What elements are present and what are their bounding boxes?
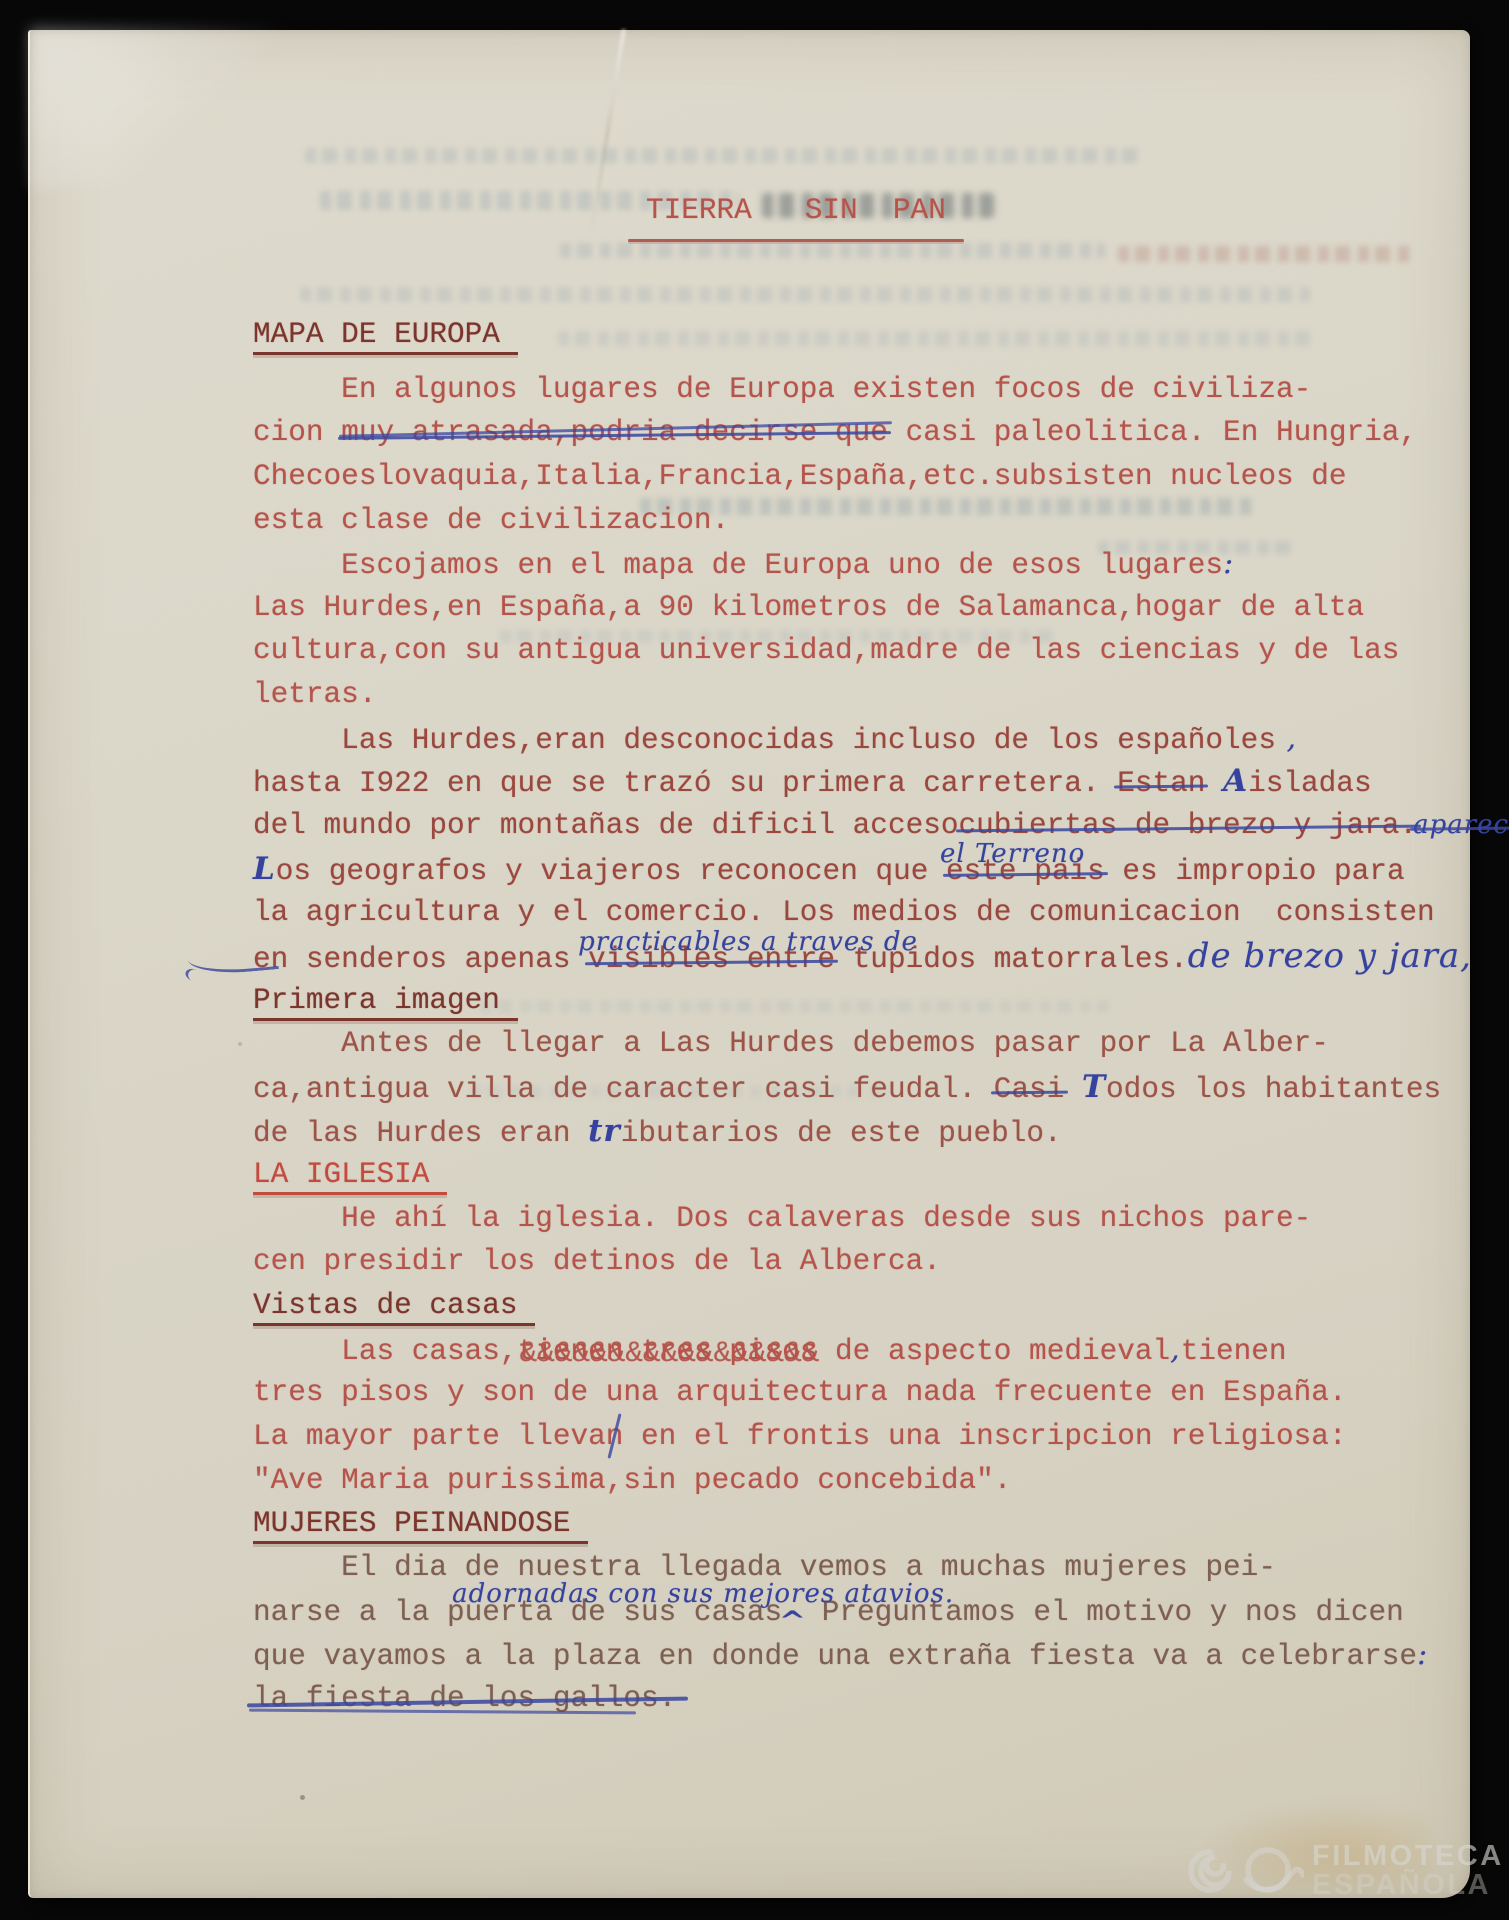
typescript-line: Antes de llegar a Las Hurdes debemos pas… — [253, 1022, 1509, 1066]
annotated-segment: ^adornadas con sus mejores atavios. — [782, 1590, 804, 1635]
typed-text: de aspecto medieval — [817, 1335, 1170, 1368]
typed-text — [1205, 767, 1223, 800]
section-heading: MAPA DE EUROPA — [253, 318, 518, 355]
watermark-line2: ESPAÑOLA — [1312, 1871, 1504, 1900]
typescript-flow: MAPA DE EUROPA En algunos lugares de Eur… — [253, 313, 1509, 1721]
typed-text: es impropio para — [1105, 855, 1405, 888]
typescript-line: He ahí la iglesia. Dos calaveras desde s… — [253, 1197, 1509, 1241]
typed-text: casi paleolitica. En Hungria, — [888, 416, 1417, 449]
typed-text: Escojamos en el mapa de Europa uno de es… — [253, 549, 1223, 582]
typed-text — [1064, 1073, 1082, 1106]
annotated-segment: este paisel Terreno — [946, 850, 1105, 894]
typescript-line: cultura,con su antigua universidad,madre… — [253, 629, 1509, 673]
typed-text: ca,antigua villa de caracter casi feudal… — [253, 1073, 994, 1106]
typed-text-st: Casi — [994, 1073, 1065, 1106]
handwritten-annotation: de brezo y jara, — [1188, 936, 1472, 976]
typed-text: del mundo por montañas de dificil acceso — [253, 809, 959, 842]
typed-text: En algunos lugares de Europa existen foc… — [253, 373, 1311, 406]
typescript-line: la fiesta de los gallos. — [253, 1677, 1509, 1721]
handwritten-annotation: , — [1276, 721, 1297, 756]
typed-text: He ahí la iglesia. Dos calaveras desde s… — [253, 1202, 1311, 1235]
typescript-line: esta clase de civilizacion. — [253, 499, 1509, 543]
paper-speck — [238, 1042, 242, 1046]
typed-text: hasta I922 en que se trazó su primera ca… — [253, 767, 1117, 800]
typescript-line: que vayamos a la plaza en donde una extr… — [253, 1633, 1509, 1677]
typed-text: letras. — [253, 678, 376, 711]
ghost-bleedthrough — [300, 287, 1310, 302]
typescript-line: ca,antigua villa de caracter casi feudal… — [253, 1066, 1509, 1110]
handwritten-annotation: A — [1223, 763, 1248, 799]
document-title: TIERRA SIN PAN — [646, 196, 946, 225]
typescript-line: del mundo por montañas de dificil acceso… — [253, 804, 1509, 848]
scanned-typescript-page: { "typescript": { "title": "TIERRA SIN P… — [0, 0, 1509, 1920]
typescript-line: Los geografos y viajeros reconocen que e… — [253, 848, 1509, 892]
typescript-heading-line: Vistas de casas — [253, 1284, 1509, 1328]
handwritten-annotation: T — [1082, 1069, 1106, 1105]
typed-text: Las Hurdes,eran desconocidas incluso de … — [253, 724, 1276, 757]
typescript-heading-line: Primera imagen — [253, 979, 1509, 1023]
typescript-line: letras. — [253, 673, 1509, 717]
typed-text: tienen — [1181, 1335, 1287, 1368]
typescript-line: cion muy atrasada,podria decirse que cas… — [253, 411, 1509, 455]
typed-text: odos los habitantes — [1106, 1073, 1441, 1106]
typed-text: que vayamos a la plaza en donde una extr… — [253, 1640, 1417, 1673]
ghost-bleedthrough — [305, 148, 1140, 163]
typed-text: os geografos y viajeros reconocen que — [276, 855, 946, 888]
section-heading: Primera imagen — [253, 984, 518, 1021]
typescript-line: en senderos apenas visibles entrepractic… — [253, 935, 1509, 979]
typed-text: Las Hurdes,en España,a 90 kilometros de … — [253, 591, 1364, 624]
typescript-line: hasta I922 en que se trazó su primera ca… — [253, 760, 1509, 804]
typed-text: en senderos apenas — [253, 943, 588, 976]
typescript-line: La mayor parte llevan en el frontis una … — [253, 1415, 1509, 1459]
typed-text: de las Hurdes eran — [253, 1117, 588, 1150]
typed-text-slash: n — [606, 1420, 624, 1453]
typed-text: en el frontis una inscripcion religiosa: — [623, 1420, 1346, 1453]
typescript-line: En algunos lugares de Europa existen foc… — [253, 368, 1509, 412]
typed-text: cion — [253, 416, 341, 449]
handwritten-insertion: el Terreno — [940, 841, 1085, 867]
typescript-line: Las casas,tienen tres pisos de aspecto m… — [253, 1328, 1509, 1372]
typescript-line: Escojamos en el mapa de Europa uno de es… — [253, 542, 1509, 586]
typed-text: cultura,con su antigua universidad,madre… — [253, 634, 1399, 667]
typescript-line: tres pisos y son de una arquitectura nad… — [253, 1371, 1509, 1415]
section-heading: MUJERES PEINANDOSE — [253, 1507, 588, 1544]
handwritten-annotation: , — [1170, 1332, 1181, 1367]
typescript-line: "Ave Maria purissima,sin pecado concebid… — [253, 1459, 1509, 1503]
typed-text-over: tienen tres pisos — [518, 1330, 818, 1374]
typescript-line: de las Hurdes eran tributarios de este p… — [253, 1110, 1509, 1154]
annotated-segment: visibles entrepracticables a traves de — [588, 938, 835, 982]
typed-text: La mayor parte lleva — [253, 1420, 606, 1453]
typed-text: esta clase de civilizacion. — [253, 504, 729, 537]
typescript-heading-line: MAPA DE EUROPA — [253, 313, 1509, 368]
filmoteca-spiral-logo — [1182, 1840, 1304, 1902]
typed-text-st: cubiertas de brezo y jara. — [959, 809, 1418, 842]
section-heading: LA IGLESIA — [253, 1158, 447, 1195]
handwritten-insertion: aparecen — [1413, 810, 1509, 840]
typed-text: Checoeslovaquia,Italia,Francia,España,et… — [253, 460, 1347, 493]
typescript-heading-line: MUJERES PEINANDOSE — [253, 1502, 1509, 1546]
typescript-line: Checoeslovaquia,Italia,Francia,España,et… — [253, 455, 1509, 499]
section-heading: Vistas de casas — [253, 1289, 535, 1326]
typed-text: Antes de llegar a Las Hurdes debemos pas… — [253, 1027, 1329, 1060]
archive-watermark: FILMOTECA ESPAÑOLA — [1182, 1840, 1504, 1902]
typed-text: tres pisos y son de una arquitectura nad… — [253, 1376, 1347, 1409]
typed-text: cen presidir los detinos de la Alberca. — [253, 1245, 941, 1278]
handwritten-annotation: : — [1417, 1637, 1428, 1672]
ghost-bleedthrough — [1118, 246, 1413, 262]
handwritten-insertion: adornadas con sus mejores atavios. — [452, 1581, 954, 1607]
handwritten-annotation: L — [253, 851, 276, 887]
typed-text: Las casas, — [253, 1335, 518, 1368]
typescript-line: cen presidir los detinos de la Alberca. — [253, 1240, 1509, 1284]
title-underline — [628, 239, 964, 242]
typescript-line: Las Hurdes,en España,a 90 kilometros de … — [253, 586, 1509, 630]
handwritten-annotation: tr — [588, 1113, 621, 1149]
typed-text: isladas — [1248, 767, 1371, 800]
typed-text: ibutarios de este pueblo. — [621, 1117, 1062, 1150]
typescript-line: narse a la puerta de sus casas^adornadas… — [253, 1590, 1509, 1634]
typed-text-st: Estan — [1117, 767, 1205, 800]
typescript-line: Las Hurdes,eran desconocidas incluso de … — [253, 717, 1509, 761]
typed-text-stline: la fiesta de los gallos. — [253, 1682, 676, 1715]
handwritten-annotation: : — [1223, 546, 1234, 581]
typed-text: "Ave Maria purissima,sin pecado concebid… — [253, 1464, 1011, 1497]
watermark-line1: FILMOTECA — [1312, 1842, 1504, 1871]
paper-fold-highlight — [30, 28, 310, 188]
typescript-heading-line: LA IGLESIA — [253, 1153, 1509, 1197]
handwritten-insertion: practicables a traves de — [578, 929, 918, 955]
paper-speck — [300, 1795, 305, 1800]
typed-text: la agricultura y el comercio. Los medios… — [253, 896, 1435, 929]
ghost-bleedthrough — [560, 243, 1105, 258]
typed-text-scr: muy atrasada,podria decirse que — [341, 416, 888, 449]
